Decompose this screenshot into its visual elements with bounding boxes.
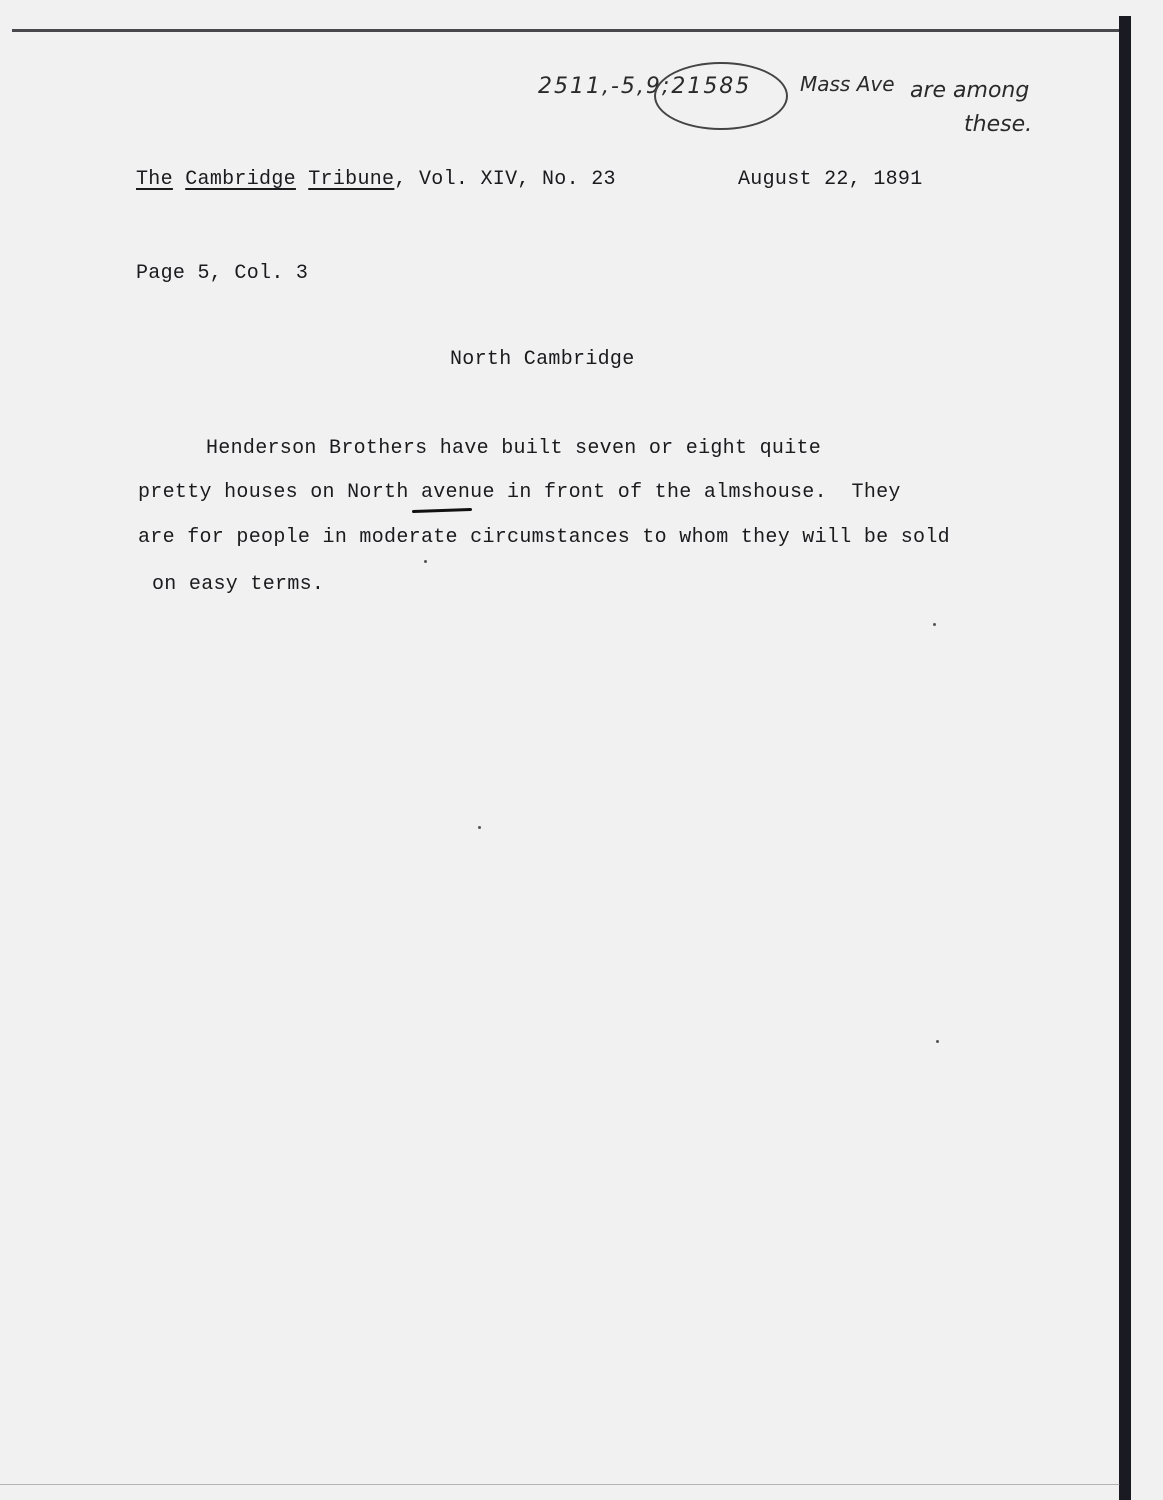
article-line-3: are for people in moderate circumstances… <box>138 526 950 549</box>
article-heading: North Cambridge <box>450 348 635 371</box>
publication-date: August 22, 1891 <box>738 168 923 191</box>
right-border-bar <box>1119 16 1131 1500</box>
volume-info: , Vol. XIV, No. 23 <box>394 168 615 191</box>
handwritten-note-these: these. <box>964 112 1032 137</box>
handwritten-note-among: are among <box>910 78 1029 103</box>
article-line-4: on easy terms. <box>152 573 324 596</box>
article-line-2: pretty houses on North avenue in front o… <box>138 481 901 504</box>
publication-word-the: The <box>136 168 173 191</box>
bottom-border-line <box>0 1484 1120 1485</box>
publication-citation: The Cambridge Tribune, Vol. XIV, No. 23 <box>136 168 616 191</box>
handwritten-note-street: Mass Ave <box>800 72 895 96</box>
article-line-1: Henderson Brothers have built seven or e… <box>206 437 821 460</box>
top-border-line <box>12 29 1122 32</box>
publication-word-cambridge: Cambridge <box>185 168 296 191</box>
handwritten-circle-mark <box>654 62 788 130</box>
scan-speck <box>936 1040 939 1043</box>
scan-speck <box>478 826 481 829</box>
handwritten-underline-mark <box>412 508 472 513</box>
scan-speck <box>424 560 427 563</box>
scan-speck <box>933 623 936 626</box>
page-column-reference: Page 5, Col. 3 <box>136 262 308 285</box>
publication-word-tribune: Tribune <box>308 168 394 191</box>
